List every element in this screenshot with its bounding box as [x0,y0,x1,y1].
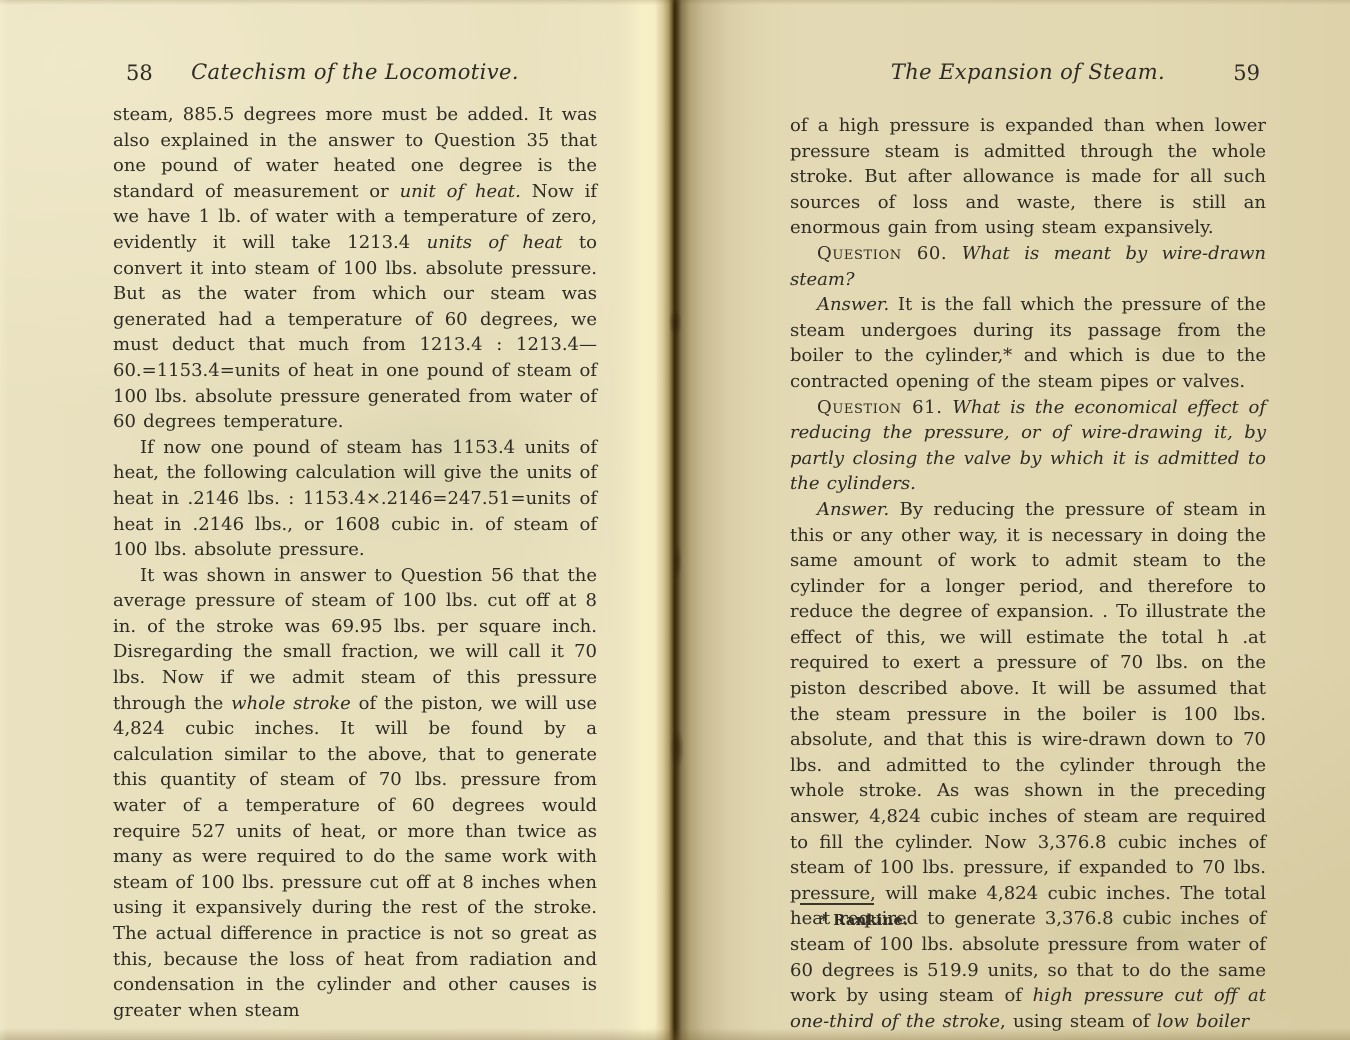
paragraph: Answer. It is the fall which the pressur… [790,292,1266,394]
right-page: The Expansion of Steam. 59 of a high pre… [790,0,1266,1040]
book-gutter [612,0,798,1040]
text-segment: Question 61. [817,397,943,418]
left-page-number: 58 [126,61,153,85]
scan-left-edge [0,0,8,1040]
paragraph: Question 60. What is meant by wire-drawn… [790,241,1266,292]
left-page-header: 58 Catechism of the Locomotive. [113,60,597,90]
paragraph: If now one pound of steam has 1153.4 uni… [113,435,597,563]
paragraph: steam, 885.5 degrees more must be added.… [113,102,597,435]
left-running-title: Catechism of the Locomotive. [113,60,597,84]
footnote-text: * Rankine. [798,912,1098,929]
paragraph: It was shown in answer to Question 56 th… [113,563,597,1024]
text-segment: unit of heat. [400,181,521,202]
text-segment: If now one pound of steam has 1153.4 uni… [113,437,597,560]
paragraph: of a high pressure is expanded than when… [790,113,1266,241]
text-segment: to convert it into steam of 100 lbs. abs… [113,232,597,432]
paragraph: Answer. By reducing the pressure of stea… [790,497,1266,1034]
text-segment: of the piston, we will use 4,824 cubic i… [113,693,597,1021]
text-segment: By reducing the pressure of steam in thi… [790,499,1266,1006]
text-segment: whole stroke [231,693,351,714]
text-segment: of a high pressure is expanded than when… [790,115,1266,238]
footnote: * Rankine. [798,903,1098,929]
book-scan: 58 Catechism of the Locomotive. steam, 8… [0,0,1350,1040]
left-page-text: steam, 885.5 degrees more must be added.… [113,102,597,1023]
left-page: 58 Catechism of the Locomotive. steam, 8… [113,0,597,1040]
text-segment: low boiler [1157,1011,1249,1032]
right-page-number: 59 [1233,61,1260,85]
right-page-text: of a high pressure is expanded than when… [790,113,1266,1034]
text-segment: Question 60. [817,243,947,264]
text-segment: , using steam of [1000,1011,1157,1032]
right-page-header: The Expansion of Steam. 59 [790,60,1266,90]
right-running-title: The Expansion of Steam. [790,60,1266,84]
text-segment [947,243,961,264]
text-segment: It was shown in answer to Question 56 th… [113,565,597,714]
footnote-rule [800,903,874,905]
text-segment: Answer. [817,499,889,520]
text-segment: Answer. [817,294,889,315]
text-segment [943,397,953,418]
text-segment: units of heat [427,232,563,253]
paragraph: Question 61. What is the economical effe… [790,395,1266,497]
